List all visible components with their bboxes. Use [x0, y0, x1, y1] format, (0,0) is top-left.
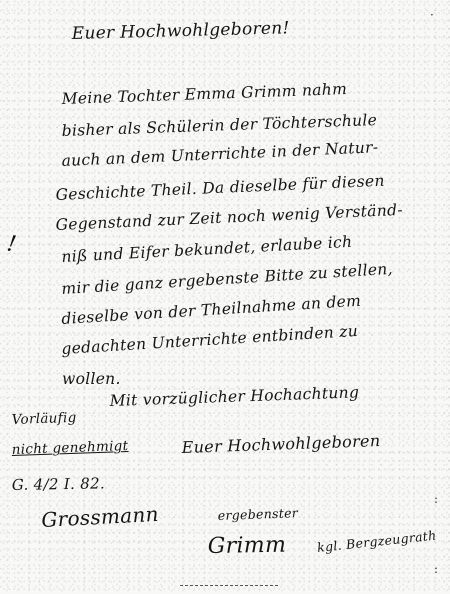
edge-mark: :: [434, 562, 438, 576]
letter-body-line: wollen.: [62, 370, 121, 388]
edge-mark: :: [434, 492, 438, 506]
letter-signature: Grimm: [208, 533, 287, 559]
scan-artifact-line: [180, 585, 280, 586]
letter-ergebenster: ergebenster: [217, 505, 298, 523]
margin-note-line: Vorläufig: [11, 410, 76, 428]
edge-mark: ·: [430, 8, 434, 22]
margin-note-date: G. 4/2 I. 82.: [12, 474, 105, 494]
